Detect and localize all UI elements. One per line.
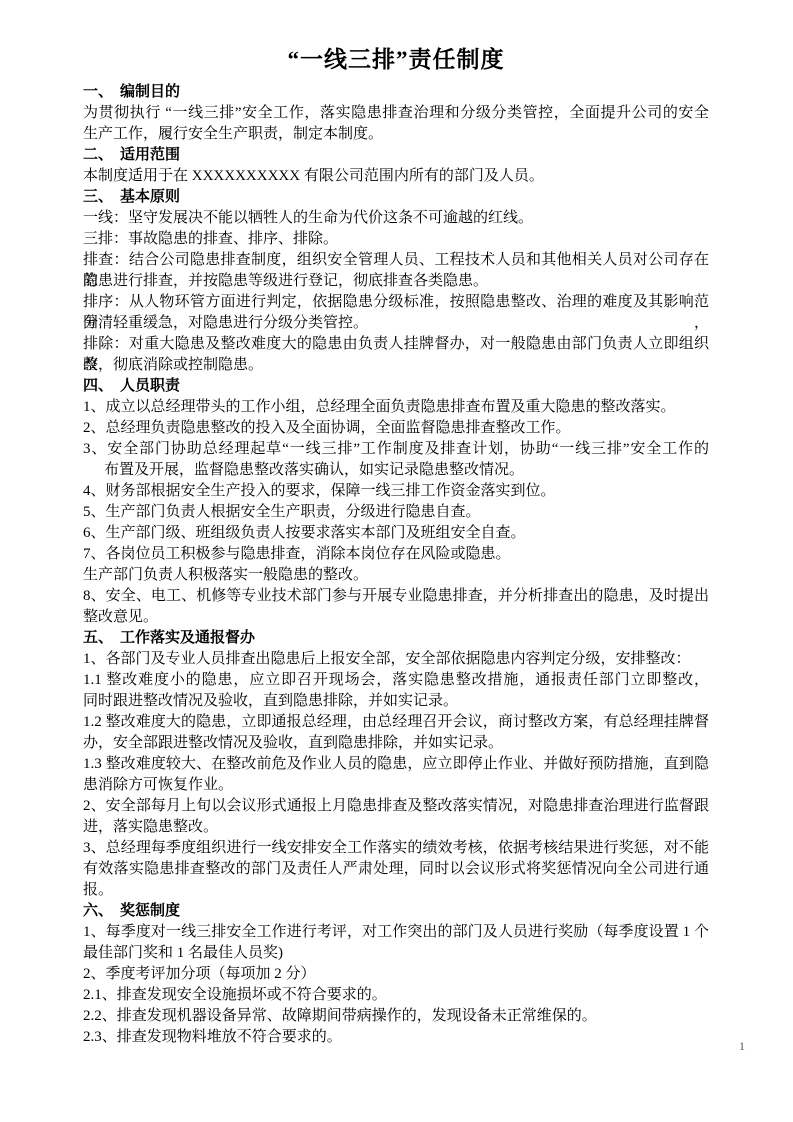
document-page: “一线三排”责任制度 一、编制目的为贯彻执行 “一线三排”安全工作，落实隐患排查… bbox=[0, 0, 793, 1122]
section-heading: 一、编制目的 bbox=[83, 82, 709, 103]
section-heading-label: 人员职责 bbox=[120, 378, 180, 394]
text-line: 整改意见。 bbox=[83, 607, 709, 628]
text-line: 生产工作，履行安全生产职责，制定本制度。 bbox=[83, 124, 709, 145]
text-line: 5、生产部门负责人根据安全生产职责，分级进行隐患自查。 bbox=[83, 502, 709, 523]
section-heading: 五、工作落实及通报督办 bbox=[83, 628, 709, 649]
text-line: 1.2 整改难度大的隐患，立即通报总经理，由总经理召开会议，商讨整改方案，有总经… bbox=[83, 712, 709, 733]
text-line: 1、各部门及专业人员排查出隐患后上报安全部，安全部依据隐患内容判定分级，安排整改… bbox=[83, 649, 709, 670]
text-line: 排除：对重大隐患及整改难度大的隐患由负责人挂牌督办，对一般隐患由部门负责人立即组… bbox=[83, 334, 709, 355]
text-line: 2.1、排查发现安全设施损坏或不符合要求的。 bbox=[83, 985, 709, 1006]
text-line: 本制度适用于在 XXXXXXXXXX 有限公司范围内所有的部门及人员。 bbox=[83, 166, 709, 187]
text-line: 1、每季度对一线三排安全工作进行考评，对工作突出的部门及人员进行奖励（每季度设置… bbox=[83, 922, 709, 943]
text-line: 三排：事故隐患的排查、排序、排除。 bbox=[83, 229, 709, 250]
text-line: 8、安全、电工、机修等专业技术部门参与开展专业隐患排查，并分析排查出的隐患，及时… bbox=[83, 586, 709, 607]
document-content: “一线三排”责任制度 一、编制目的为贯彻执行 “一线三排”安全工作，落实隐患排查… bbox=[83, 44, 709, 1048]
text-line: 3、总经理每季度组织进行一线安排安全工作落实的绩效考核，依据考核结果进行奖惩，对… bbox=[83, 838, 709, 859]
text-line: 1.3 整改难度较大、在整改前危及作业人员的隐患，应立即停止作业、并做好预防措施… bbox=[83, 754, 709, 775]
section-heading: 六、奖惩制度 bbox=[83, 901, 709, 922]
section-number: 六、 bbox=[83, 901, 120, 922]
page-number: 1 bbox=[739, 1039, 745, 1053]
text-line: 最佳部门奖和 1 名最佳人员奖) bbox=[83, 943, 709, 964]
text-line: 进，落实隐患整改。 bbox=[83, 817, 709, 838]
text-line: 生产部门负责人积极落实一般隐患的整改。 bbox=[83, 565, 709, 586]
text-line: 7、各岗位员工积极参与隐患排查，消除本岗位存在风险或隐患。 bbox=[83, 544, 709, 565]
text-line: 排查：结合公司隐患排查制度，组织安全管理人员、工程技术人员和其他相关人员对公司存… bbox=[83, 250, 709, 271]
text-line: 一线：坚守发展决不能以牺牲人的生命为代价这条不可逾越的红线。 bbox=[83, 208, 709, 229]
text-line: 3、安全部门协助总经理起草“一线三排”工作制度及排查计划，协助“一线三排”安全工… bbox=[83, 439, 709, 460]
text-line: 布置及开展，监督隐患整改落实确认，如实记录隐患整改情况。 bbox=[83, 460, 709, 481]
section-heading: 二、适用范围 bbox=[83, 145, 709, 166]
section-number: 二、 bbox=[83, 145, 120, 166]
text-line: 办，安全部跟进整改情况及验收，直到隐患排除，并如实记录。 bbox=[83, 733, 709, 754]
text-line: 患消除方可恢复作业。 bbox=[83, 775, 709, 796]
text-line: 同时跟进整改情况及验收，直到隐患排除，并如实记录。 bbox=[83, 691, 709, 712]
text-line: 6、生产部门级、班组级负责人按要求落实本部门及班组安全自查。 bbox=[83, 523, 709, 544]
section-number: 一、 bbox=[83, 82, 120, 103]
text-line: 2.2、排查发现机器设备异常、故障期间带病操作的，发现设备未正常维保的。 bbox=[83, 1006, 709, 1027]
text-line: 为贯彻执行 “一线三排”安全工作，落实隐患排查治理和分级分类管控，全面提升公司的… bbox=[83, 103, 709, 124]
section-number: 四、 bbox=[83, 376, 120, 397]
text-line: 报。 bbox=[83, 880, 709, 901]
text-line: 1.1 整改难度小的隐患，应立即召开现场会，落实隐患整改措施，通报责任部门立即整… bbox=[83, 670, 709, 691]
text-line: 2、安全部每月上旬以会议形式通报上月隐患排查及整改落实情况，对隐患排查治理进行监… bbox=[83, 796, 709, 817]
section-heading-label: 编制目的 bbox=[120, 84, 180, 100]
section-heading-label: 适用范围 bbox=[120, 147, 180, 163]
document-title: “一线三排”责任制度 bbox=[83, 44, 709, 76]
section-number: 五、 bbox=[83, 628, 120, 649]
section-heading: 四、人员职责 bbox=[83, 376, 709, 397]
section-heading-label: 奖惩制度 bbox=[120, 903, 180, 919]
text-line: 2、总经理负责隐患整改的投入及全面协调，全面监督隐患排查整改工作。 bbox=[83, 418, 709, 439]
text-line: 有效落实隐患排查整改的部门及责任人严肃处理，同时以会议形式将奖惩情况向全公司进行… bbox=[83, 859, 709, 880]
document-body: 一、编制目的为贯彻执行 “一线三排”安全工作，落实隐患排查治理和分级分类管控，全… bbox=[83, 82, 709, 1048]
text-line: 4、财务部根据安全生产投入的要求，保障一线三排工作资金落实到位。 bbox=[83, 481, 709, 502]
text-line: 隐患进行排查，并按隐患等级进行登记，彻底排查各类隐患。 bbox=[83, 271, 709, 292]
section-heading-label: 基本原则 bbox=[120, 189, 180, 205]
text-line: 2.3、排查发现物料堆放不符合要求的。 bbox=[83, 1027, 709, 1048]
section-heading-label: 工作落实及通报督办 bbox=[120, 630, 255, 646]
text-line: 排序：从人物环管方面进行判定，依据隐患分级标准，按照隐患整改、治理的难度及其影响… bbox=[83, 292, 709, 313]
text-line: 改，彻底消除或控制隐患。 bbox=[83, 355, 709, 376]
section-heading: 三、基本原则 bbox=[83, 187, 709, 208]
section-number: 三、 bbox=[83, 187, 120, 208]
text-line: 2、季度考评加分项（每项加 2 分） bbox=[83, 964, 709, 985]
text-line: 1、成立以总经理带头的工作小组，总经理全面负责隐患排查布置及重大隐患的整改落实。 bbox=[83, 397, 709, 418]
